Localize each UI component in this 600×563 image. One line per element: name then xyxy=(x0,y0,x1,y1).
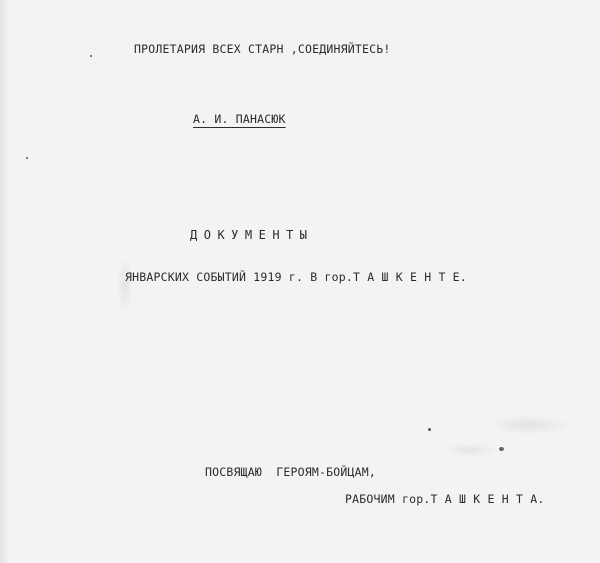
dedication-line-1: ПОСВЯЩАЮ ГЕРОЯМ-БОЙЦАМ, xyxy=(205,465,376,479)
ink-speck xyxy=(428,428,431,431)
ink-speck xyxy=(499,447,504,451)
motto-text: ПРОЛЕТАРИЯ ВСЕХ СТАРН ,СОЕДИНЯЙТЕСЬ! xyxy=(134,42,390,56)
ink-speck xyxy=(90,55,92,57)
document-title: ДОКУМЕНТЫ xyxy=(190,228,314,242)
document-subtitle: ЯНВАРСКИХ СОБЫТИЙ 1919 г. В гор.Т А Ш К … xyxy=(125,270,467,284)
author-name: А. И. ПАНАСЮК xyxy=(193,112,286,126)
ink-speck xyxy=(26,157,28,159)
dedication-line-2: РАБОЧИМ гор.Т А Ш К Е Н Т А. xyxy=(345,492,544,506)
document-page: ПРОЛЕТАРИЯ ВСЕХ СТАРН ,СОЕДИНЯЙТЕСЬ! А. … xyxy=(0,0,600,563)
